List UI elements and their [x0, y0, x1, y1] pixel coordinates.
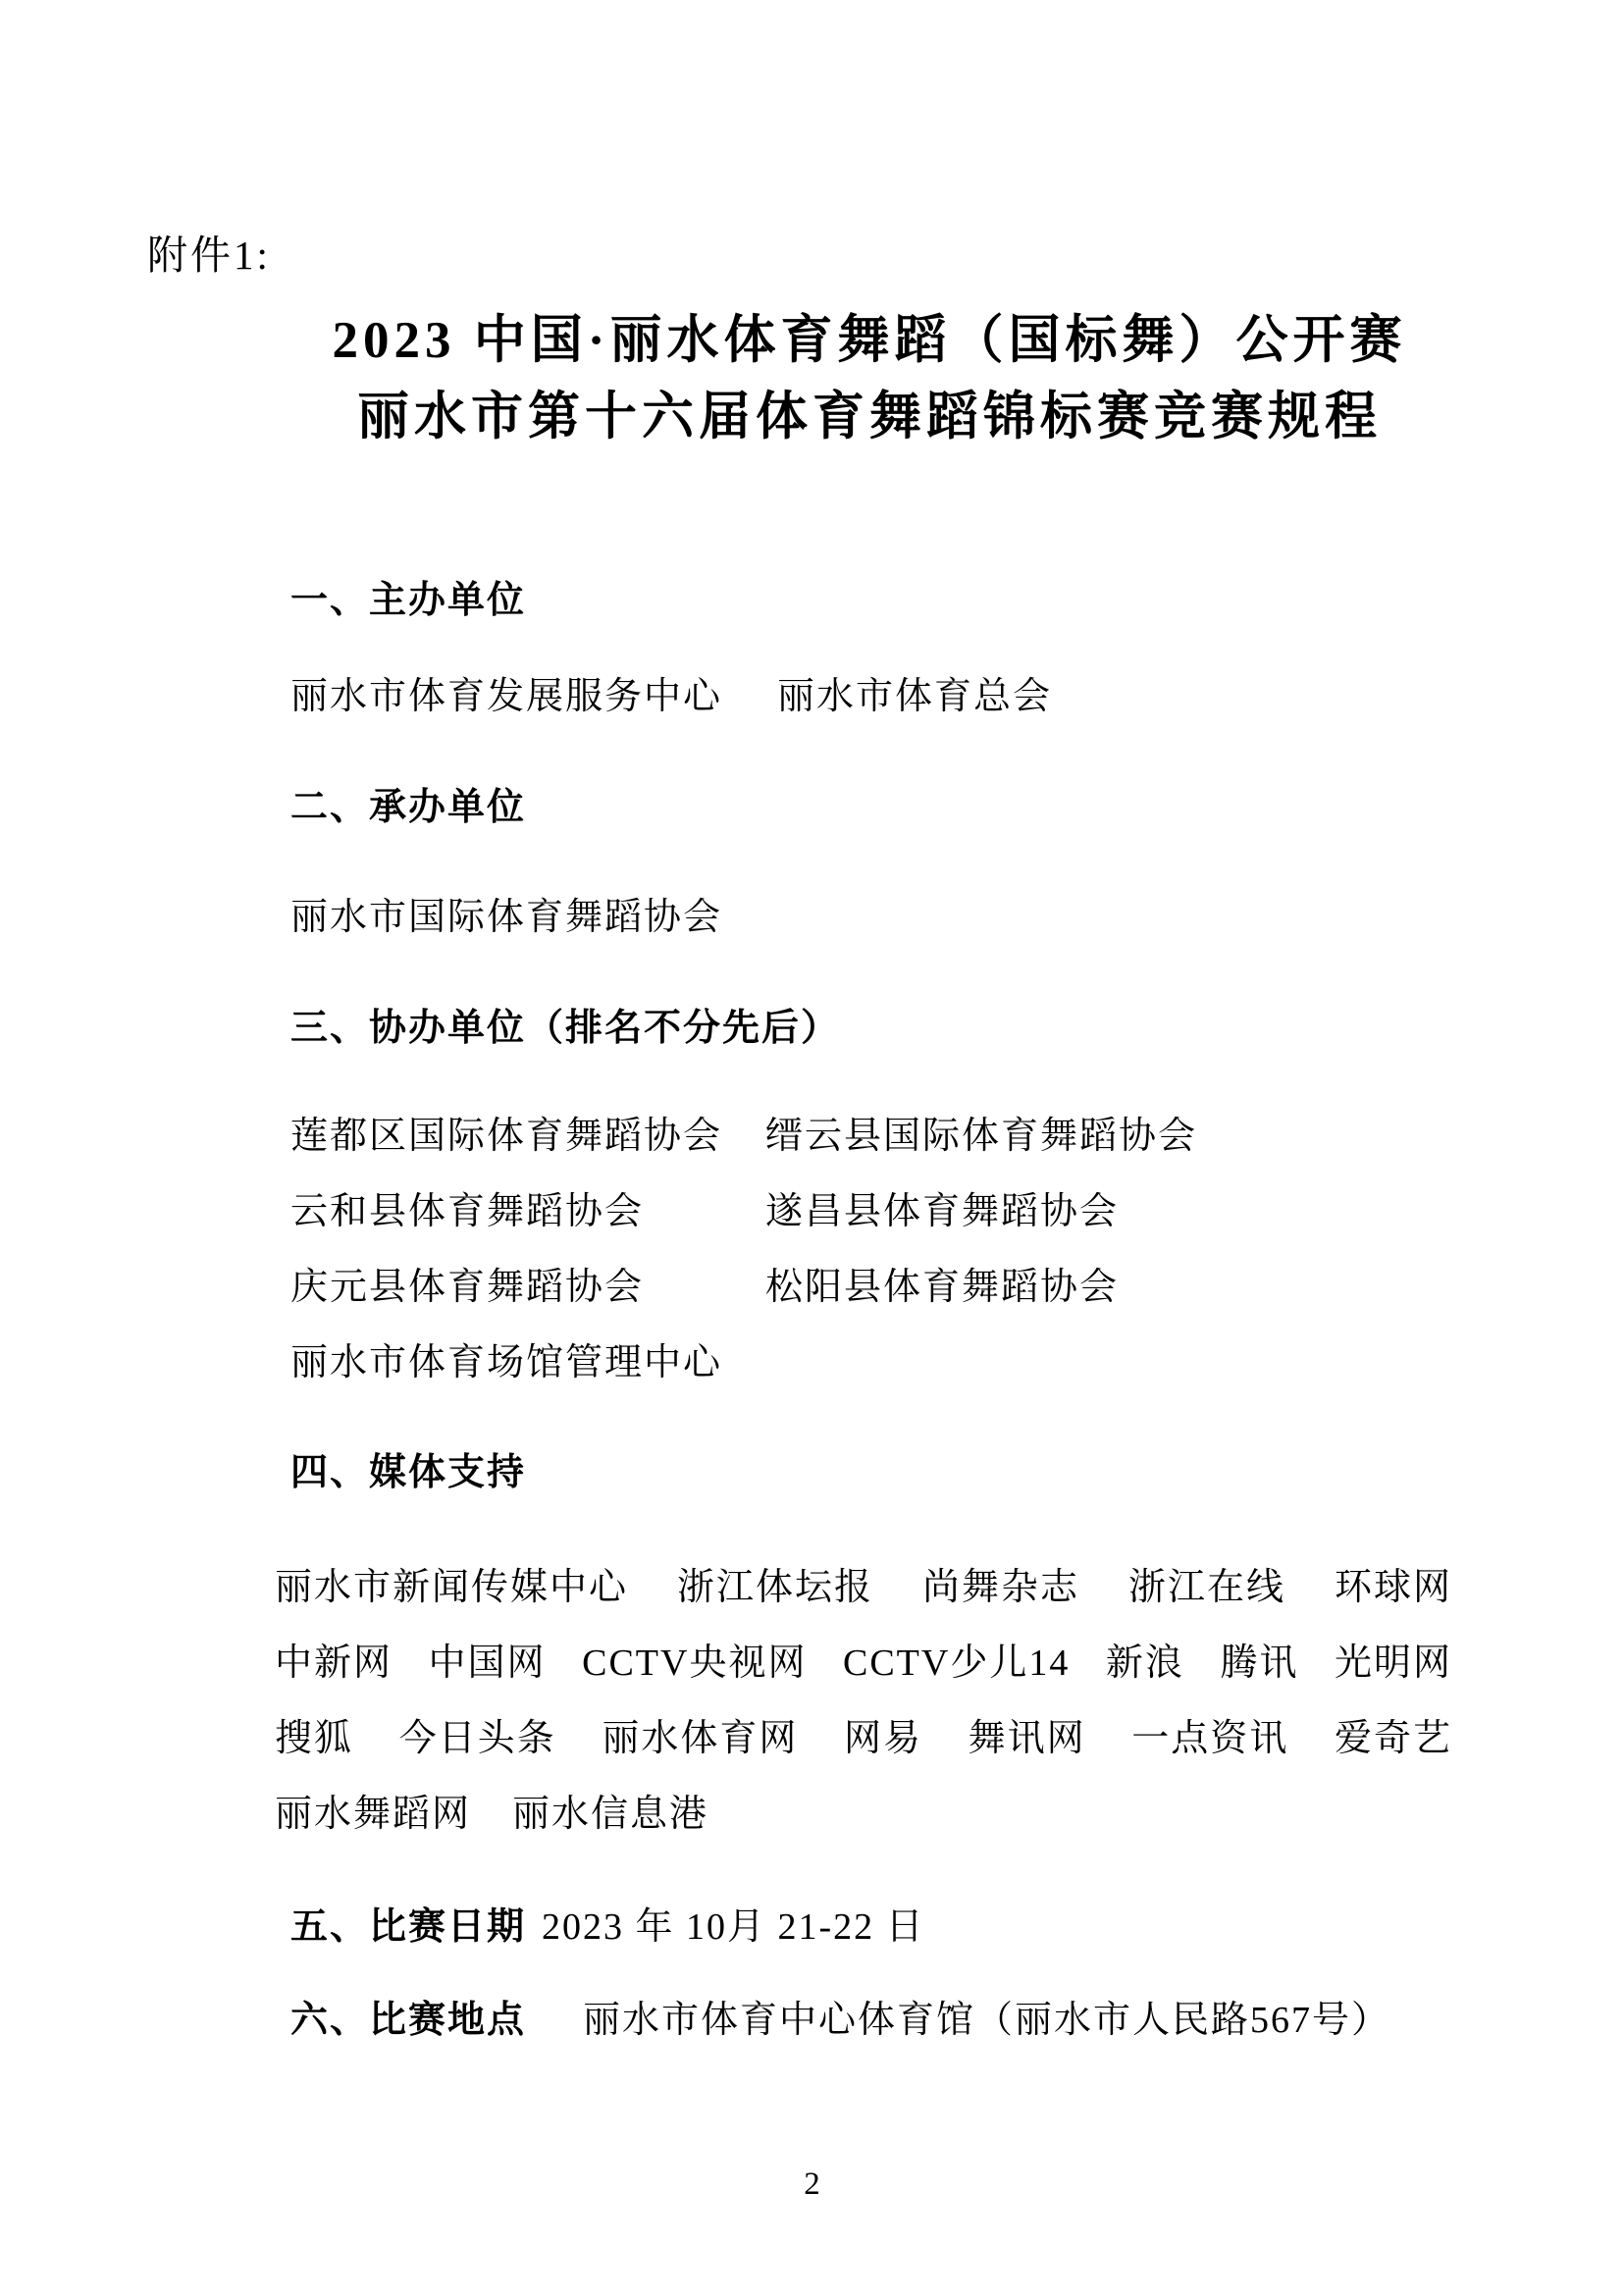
- media-item: 网易: [844, 1715, 922, 1762]
- media-item: 搜狐: [275, 1715, 353, 1762]
- media-item: 一点资讯: [1131, 1715, 1288, 1762]
- organizer-item: 丽水市国际体育舞蹈协会: [290, 897, 722, 938]
- media-item: CCTV央视网: [582, 1640, 807, 1687]
- media-item: 中新网: [275, 1640, 393, 1687]
- date-value: 2023 年 10月 21-22 日: [542, 1906, 925, 1948]
- co-organizer-item: 丽水市体育场馆管理中心: [290, 1342, 722, 1383]
- media-item: 尚舞杂志: [922, 1564, 1079, 1611]
- media-item: CCTV少儿14: [843, 1640, 1070, 1687]
- co-organizer-item: 莲都区国际体育舞蹈协会: [290, 1113, 765, 1160]
- co-organizer-item: 松阳县体育舞蹈协会: [765, 1267, 1119, 1308]
- section-heading-organizer: 二、承办单位: [290, 784, 526, 831]
- co-organizers-row: 莲都区国际体育舞蹈协会缙云县国际体育舞蹈协会: [290, 1113, 1197, 1160]
- media-item: 浙江在线: [1128, 1564, 1285, 1611]
- document-title-line2: 丽水市第十六届体育舞蹈锦标赛竞赛规程: [285, 387, 1454, 447]
- host-item: 丽水市体育发展服务中心: [290, 673, 777, 720]
- media-item: 光明网: [1335, 1640, 1452, 1687]
- media-support-row: 丽水市新闻传媒中心 浙江体坛报 尚舞杂志 浙江在线 环球网: [275, 1564, 1452, 1611]
- section-heading-co-organizers: 三、协办单位（排名不分先后）: [290, 1005, 840, 1052]
- venue-value: 丽水市体育中心体育馆（丽水市人民路567号）: [583, 2000, 1390, 2041]
- co-organizer-item: 遂昌县体育舞蹈协会: [765, 1191, 1119, 1232]
- co-organizer-item: 缙云县国际体育舞蹈协会: [765, 1116, 1197, 1157]
- hosts-row: 丽水市体育发展服务中心丽水市体育总会: [290, 673, 1052, 720]
- section-heading-hosts: 一、主办单位: [290, 577, 526, 624]
- media-item: 腾讯: [1220, 1640, 1298, 1687]
- media-item: 浙江体坛报: [677, 1564, 873, 1611]
- media-support-row: 丽水舞蹈网 丽水信息港: [275, 1791, 1452, 1838]
- host-item: 丽水市体育总会: [777, 676, 1052, 717]
- media-item: 丽水信息港: [512, 1791, 708, 1838]
- media-item: 环球网: [1335, 1564, 1452, 1611]
- co-organizer-item: 庆元县体育舞蹈协会: [290, 1264, 765, 1311]
- organizer-row: 丽水市国际体育舞蹈协会: [290, 894, 722, 941]
- media-item: 丽水舞蹈网: [275, 1791, 471, 1838]
- section-heading-media-support: 四、媒体支持: [290, 1449, 526, 1496]
- media-item: 丽水市新闻传媒中心: [275, 1564, 628, 1611]
- document-title-line1: 2023 中国·丽水体育舞蹈（国标舞）公开赛: [285, 310, 1454, 371]
- section-heading-date: 五、比赛日期2023 年 10月 21-22 日: [290, 1904, 925, 1951]
- date-heading: 五、比赛日期: [290, 1906, 526, 1948]
- co-organizers-row: 云和县体育舞蹈协会遂昌县体育舞蹈协会: [290, 1188, 1119, 1235]
- page-number: 2: [0, 2166, 1624, 2203]
- media-item: 今日头条: [399, 1715, 556, 1762]
- section-heading-venue: 六、比赛地点丽水市体育中心体育馆（丽水市人民路567号）: [290, 1997, 1390, 2044]
- media-item: 舞讯网: [969, 1715, 1086, 1762]
- media-support-row: 搜狐 今日头条 丽水体育网 网易 舞讯网 一点资讯 爱奇艺: [275, 1715, 1452, 1762]
- attachment-label: 附件1:: [147, 232, 271, 279]
- document-page: 附件1: 2023 中国·丽水体育舞蹈（国标舞）公开赛 丽水市第十六届体育舞蹈锦…: [0, 0, 1624, 2295]
- venue-heading: 六、比赛地点: [290, 2000, 526, 2041]
- media-item: 中国网: [429, 1640, 547, 1687]
- media-support-row: 中新网 中国网 CCTV央视网 CCTV少儿14 新浪 腾讯 光明网: [275, 1640, 1452, 1687]
- media-item: 丽水体育网: [602, 1715, 798, 1762]
- co-organizers-row: 庆元县体育舞蹈协会松阳县体育舞蹈协会: [290, 1264, 1119, 1311]
- media-item: 爱奇艺: [1335, 1715, 1452, 1762]
- co-organizer-item: 云和县体育舞蹈协会: [290, 1188, 765, 1235]
- co-organizers-row: 丽水市体育场馆管理中心: [290, 1339, 722, 1386]
- media-item: 新浪: [1106, 1640, 1184, 1687]
